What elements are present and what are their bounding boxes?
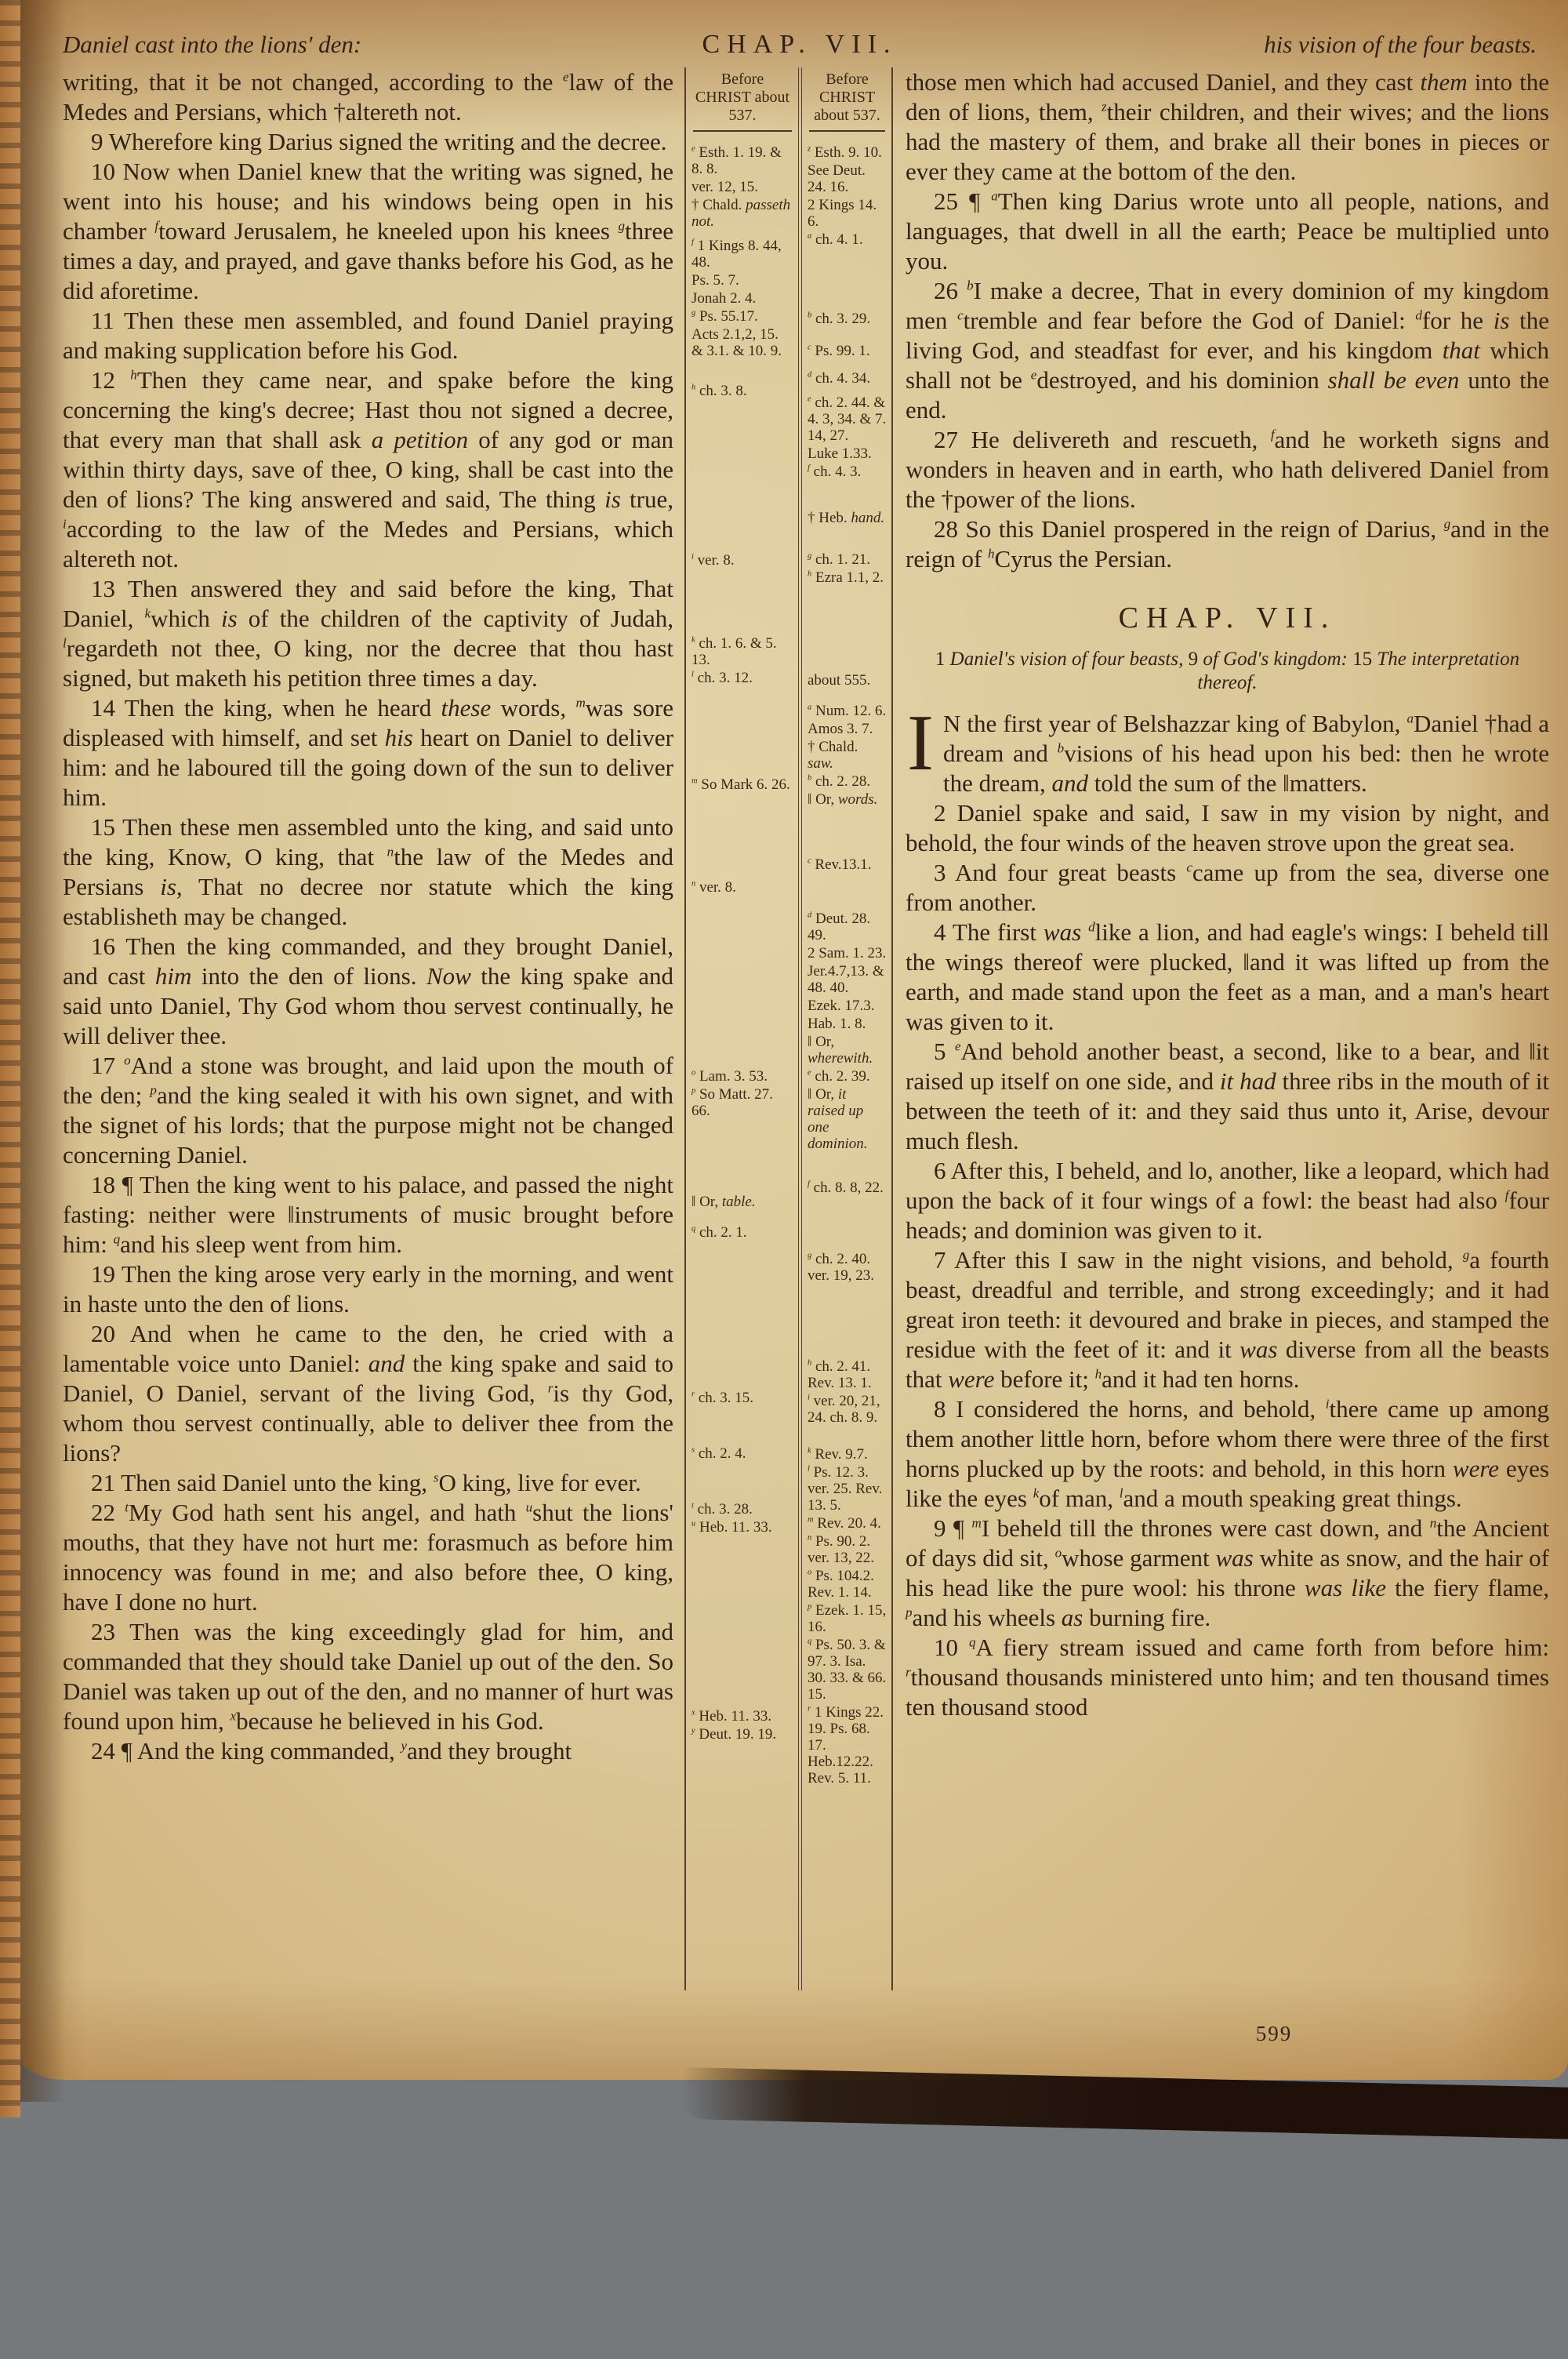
note-letter: m: [972, 1516, 982, 1531]
margin-reference: t ch. 3. 28.: [691, 1501, 793, 1518]
note-letter: e: [1031, 368, 1037, 383]
verse: 24 ¶ And the king commanded, yand they b…: [63, 1736, 673, 1766]
verse: 10 qA fiery stream issued and came forth…: [906, 1633, 1549, 1722]
note-letter: g: [691, 309, 695, 318]
margin-reference: h ch. 2. 41. Rev. 13. 1.: [808, 1358, 887, 1391]
note-letter: r: [691, 1390, 695, 1399]
note-letter: q: [808, 1637, 811, 1646]
margin-reference: Ps. 5. 7.: [691, 272, 793, 289]
margin-reference: ‖ Or, table.: [691, 1194, 793, 1210]
text-grid: writing, that it be not changed, accordi…: [63, 67, 1557, 1990]
verse: 5 eAnd behold another beast, a second, l…: [906, 1037, 1549, 1156]
note-letter: m: [575, 696, 585, 711]
margin-reference: r 1 Kings 22. 19. Ps. 68. 17. Heb.12.22.…: [808, 1704, 887, 1787]
verse: 11 Then these men assembled, and found D…: [63, 306, 673, 365]
note-letter: b: [808, 311, 811, 320]
note-letter: g: [808, 552, 811, 561]
left-text-column: writing, that it be not changed, accordi…: [63, 67, 684, 1990]
margin-reference: y Deut. 19. 19.: [691, 1726, 793, 1743]
note-letter: l: [808, 1465, 810, 1474]
verse: 14 Then the king, when he heard these wo…: [63, 693, 673, 812]
supplied-word: them: [1420, 68, 1467, 96]
supplied-word: his: [385, 724, 413, 751]
verse: 18 ¶ Then the king went to his palace, a…: [63, 1170, 673, 1259]
margin-reference: l ch. 3. 12.: [691, 670, 793, 686]
margin-reference: h Ezra 1.1, 2.: [808, 569, 887, 586]
note-letter: d: [808, 911, 811, 920]
supplied-word: is: [604, 485, 621, 513]
margin-reference: q Ps. 50. 3. & 97. 3. Isa. 30. 33. & 66.…: [808, 1637, 887, 1703]
note-letter: k: [691, 636, 695, 645]
margin-references-right: Before CHRIST about 537. z Esth. 9. 10.S…: [801, 67, 893, 1990]
note-letter: p: [906, 1605, 913, 1620]
margin-reference: q ch. 2. 1.: [691, 1224, 793, 1241]
margin-reference: s ch. 2. 4.: [691, 1445, 793, 1462]
margin-reference: Ezek. 17.3.: [808, 998, 887, 1014]
note-letter: r: [808, 1705, 811, 1714]
note-letter: f: [1505, 1188, 1509, 1203]
drop-cap: I: [906, 709, 943, 775]
note-letter: a: [1406, 711, 1414, 726]
note-letter: o: [1055, 1546, 1062, 1561]
note-letter: u: [526, 1500, 533, 1515]
gutter-shadow: [20, 0, 66, 2102]
note-letter: q: [114, 1232, 121, 1247]
supplied-word: it raised up one dominion.: [808, 1086, 868, 1152]
verse: 20 And when he came to the den, he cried…: [63, 1319, 673, 1468]
supplied-word: is: [1494, 307, 1510, 334]
verse: 17 oAnd a stone was brought, and laid up…: [63, 1051, 673, 1170]
supplied-word: were: [948, 1365, 994, 1393]
note-letter: p: [150, 1083, 157, 1098]
margin-reference: i ver. 20, 21, 24. ch. 8. 9.: [808, 1393, 887, 1426]
margin-reference: n Ps. 90. 2. ver. 13, 22.: [808, 1533, 887, 1566]
note-letter: l: [1120, 1486, 1123, 1501]
margin-reference: r ch. 3. 15.: [691, 1390, 793, 1406]
margin-reference: l Ps. 12. 3. ver. 25. Rev. 13. 5.: [808, 1464, 887, 1514]
verse: 25 ¶ aThen king Darius wrote unto all pe…: [906, 187, 1549, 276]
note-letter: o: [808, 1568, 811, 1577]
supplied-word: shall be even: [1328, 366, 1460, 394]
verse: 9 ¶ mI beheld till the thrones were cast…: [906, 1514, 1549, 1633]
before-christ-heading-left: Before CHRIST about 537.: [693, 69, 792, 132]
verse: 7 After this I saw in the night visions,…: [906, 1245, 1549, 1394]
verse: 21 Then said Daniel unto the king, sO ki…: [63, 1468, 673, 1498]
supplied-word: was like: [1305, 1574, 1386, 1601]
supplied-word: is: [221, 605, 238, 632]
note-letter: d: [808, 371, 811, 380]
photo-background: Daniel cast into the lions' den: CHAP. V…: [0, 0, 1568, 2359]
margin-reference: Hab. 1. 8.: [808, 1016, 887, 1032]
note-letter: e: [808, 1069, 811, 1078]
margin-reference: x Heb. 11. 33.: [691, 1708, 793, 1725]
margin-reference: m Rev. 20. 4.: [808, 1515, 887, 1532]
note-letter: e: [691, 145, 695, 154]
margin-reference: Jer.4.7,13. & 48. 40.: [808, 963, 887, 996]
supplied-word: a petition: [372, 426, 468, 453]
margin-reference: ‖ Or, words.: [808, 791, 887, 808]
note-letter: b: [1058, 741, 1065, 756]
note-letter: a: [808, 703, 811, 712]
note-letter: h: [691, 383, 695, 392]
note-letter: b: [967, 278, 974, 293]
margin-reference: h ch. 3. 8.: [691, 383, 793, 399]
note-letter: c: [808, 343, 811, 352]
note-letter: s: [434, 1470, 439, 1485]
margin-reference: † Chald. saw.: [808, 739, 887, 772]
right-text-column: those men which had accused Daniel, and …: [893, 67, 1557, 1990]
margin-reference: b ch. 3. 29.: [808, 311, 887, 327]
margin-reference: c Ps. 99. 1.: [808, 343, 887, 359]
running-head-left: Daniel cast into the lions' den:: [63, 31, 702, 59]
supplied-word: it had: [1220, 1067, 1276, 1095]
verse: writing, that it be not changed, accordi…: [63, 67, 673, 127]
margin-reference: g Ps. 55.17.: [691, 308, 793, 325]
margin-reference: 2 Kings 14. 6.: [808, 197, 887, 230]
margin-reference: i ver. 8.: [691, 552, 793, 569]
note-letter: d: [1415, 308, 1422, 323]
bible-page: Daniel cast into the lions' den: CHAP. V…: [0, 0, 1568, 2080]
note-letter: n: [387, 845, 394, 860]
verse: 2 Daniel spake and said, I saw in my vis…: [906, 798, 1549, 858]
note-letter: d: [1088, 920, 1095, 935]
book-pages-edge: [682, 2067, 1568, 2139]
note-letter: g: [1444, 517, 1451, 532]
supplied-word: of God's kingdom:: [1203, 649, 1348, 670]
note-letter: c: [808, 857, 811, 866]
supplied-word: was: [1044, 918, 1081, 946]
running-head-center: CHAP. VII.: [702, 30, 898, 60]
margin-reference: f ch. 8. 8, 22.: [808, 1179, 887, 1196]
margin-reference: d Deut. 28. 49.: [808, 911, 887, 943]
note-letter: y: [401, 1739, 407, 1754]
margin-reference: † Chald. passeth not.: [691, 197, 793, 230]
margin-reference: k ch. 1. 6. & 5. 13.: [691, 635, 793, 668]
note-letter: x: [691, 1709, 695, 1717]
supplied-word: passeth not.: [691, 197, 790, 230]
verse: 6 After this, I beheld, and lo, another,…: [906, 1156, 1549, 1245]
chapter-heading: CHAP. VII.: [906, 601, 1549, 635]
note-letter: h: [130, 368, 137, 383]
verse: 15 Then these men assembled unto the kin…: [63, 812, 673, 932]
margin-reference-list-left: e Esth. 1. 19. & 8. 8.ver. 12, 15.† Chal…: [691, 144, 793, 1743]
note-letter: q: [969, 1635, 976, 1650]
note-letter: i: [1326, 1397, 1330, 1412]
margin-reference: z Esth. 9. 10.: [808, 144, 887, 161]
verse: 9 Wherefore king Darius signed the writi…: [63, 127, 673, 157]
note-letter: l: [691, 671, 694, 679]
supplied-word: saw.: [808, 755, 833, 772]
margin-reference: e ch. 2. 44. & 4. 3, 34. & 7. 14, 27.: [808, 394, 887, 444]
margin-references-left: Before CHRIST about 537. e Esth. 1. 19. …: [684, 67, 799, 1990]
margin-reference: o Lam. 3. 53.: [691, 1068, 793, 1085]
note-letter: r: [548, 1381, 554, 1396]
note-letter: i: [63, 517, 67, 532]
note-letter: k: [808, 1447, 811, 1456]
margin-reference: o Ps. 104.2. Rev. 1. 14.: [808, 1568, 887, 1601]
note-letter: n: [691, 880, 695, 889]
verse: 28 So this Daniel prospered in the reign…: [906, 514, 1549, 574]
note-letter: n: [808, 1534, 811, 1543]
supplied-word: and: [1052, 769, 1089, 797]
verse: 16 Then the king commanded, and they bro…: [63, 932, 673, 1051]
note-letter: h: [808, 570, 811, 579]
margin-reference: a Num. 12. 6.: [808, 703, 887, 719]
note-letter: t: [125, 1500, 129, 1515]
margin-reference: u Heb. 11. 33.: [691, 1519, 793, 1536]
margin-reference: p So Matt. 27. 66.: [691, 1086, 793, 1119]
margin-reference: f 1 Kings 8. 44, 48.: [691, 238, 793, 271]
verse: 12 hThen they came near, and spake befor…: [63, 365, 673, 574]
verse: 22 tMy God hath sent his angel, and hath…: [63, 1498, 673, 1617]
note-letter: i: [691, 553, 694, 562]
margin-reference: b ch. 2. 28.: [808, 773, 887, 790]
page-content: Daniel cast into the lions' den: CHAP. V…: [63, 20, 1557, 1990]
verse: 27 He delivereth and rescueth, fand he w…: [906, 425, 1549, 514]
note-letter: m: [808, 1516, 814, 1525]
note-letter: o: [124, 1053, 131, 1068]
supplied-word: was: [1216, 1544, 1254, 1572]
margin-reference: c Rev.13.1.: [808, 856, 887, 873]
note-letter: f: [154, 219, 158, 234]
verse: 26 bI make a decree, That in every domin…: [906, 276, 1549, 425]
note-letter: b: [808, 774, 811, 783]
note-letter: z: [808, 145, 811, 154]
margin-reference: g ch. 1. 21.: [808, 551, 887, 568]
verse: 13 Then answered they and said before th…: [63, 574, 673, 693]
note-letter: h: [1095, 1367, 1102, 1382]
note-letter: f: [808, 1180, 810, 1189]
margin-reference: d ch. 4. 34.: [808, 370, 887, 387]
margin-reference: ‖ Or, wherewith.: [808, 1034, 887, 1067]
note-letter: e: [808, 395, 811, 404]
note-letter: g: [619, 219, 626, 234]
margin-reference: m So Mark 6. 26.: [691, 776, 793, 793]
supplied-word: were: [1453, 1455, 1499, 1482]
supplied-word: and: [368, 1350, 405, 1377]
page-number: 599: [1156, 2022, 1392, 2046]
note-letter: h: [988, 547, 995, 562]
running-head-right: his vision of the four beasts.: [898, 31, 1558, 59]
supplied-word: him: [155, 962, 192, 990]
note-letter: g: [1463, 1248, 1470, 1263]
margin-reference: g ch. 2. 40. ver. 19, 23.: [808, 1251, 887, 1284]
margin-reference: Jonah 2. 4.: [691, 290, 793, 307]
note-letter: s: [691, 1446, 695, 1455]
verse: 3 And four great beasts ccame up from th…: [906, 858, 1549, 918]
note-letter: f: [808, 464, 810, 473]
margin-reference: Luke 1.33.: [808, 445, 887, 462]
facing-page-edge: [0, 0, 20, 2117]
margin-reference: e ch. 2. 39.: [808, 1068, 887, 1085]
note-letter: c: [1186, 860, 1192, 875]
note-letter: f: [1271, 427, 1275, 442]
note-letter: t: [691, 1502, 694, 1510]
supplied-word: hand.: [851, 510, 884, 526]
margin-reference: about 555.: [808, 672, 887, 689]
verse: 23 Then was the king exceedingly glad fo…: [63, 1617, 673, 1736]
margin-reference: Acts 2.1,2, 15. & 3.1. & 10. 9.: [691, 326, 793, 359]
supplied-word: words.: [838, 791, 878, 808]
note-letter: c: [957, 308, 964, 323]
running-head: Daniel cast into the lions' den: CHAP. V…: [63, 30, 1557, 60]
note-letter: p: [808, 1603, 811, 1612]
note-letter: o: [691, 1069, 695, 1078]
verse: those men which had accused Daniel, and …: [906, 67, 1549, 187]
verse: 10 Now when Daniel knew that the writing…: [63, 157, 673, 306]
margin-reference: † Heb. hand.: [808, 510, 887, 526]
chapter-summary: 1 Daniel's vision of four beasts, 9 of G…: [929, 648, 1526, 695]
note-letter: q: [691, 1225, 695, 1234]
note-letter: a: [991, 189, 998, 204]
note-letter: e: [955, 1039, 961, 1054]
supplied-word: wherewith.: [808, 1050, 873, 1067]
note-letter: l: [63, 636, 67, 651]
verse: IN the first year of Belshazzar king of …: [906, 709, 1549, 798]
supplied-word: was: [1240, 1336, 1277, 1363]
verse: 8 I considered the horns, and behold, it…: [906, 1394, 1549, 1514]
supplied-word: these: [441, 694, 492, 722]
margin-reference: n ver. 8.: [691, 879, 793, 896]
margin-reference: k Rev. 9.7.: [808, 1446, 887, 1463]
note-letter: n: [1430, 1516, 1437, 1531]
note-letter: p: [691, 1087, 695, 1096]
note-letter: z: [1102, 100, 1107, 114]
margin-reference: f ch. 4. 3.: [808, 463, 887, 480]
verse: 4 The first was dlike a lion, and had ea…: [906, 918, 1549, 1037]
margin-reference: a ch. 4. 1.: [808, 231, 887, 248]
note-letter: x: [230, 1709, 237, 1724]
note-letter: u: [691, 1520, 695, 1528]
margin-reference: p Ezek. 1. 15, 16.: [808, 1602, 887, 1635]
margin-reference: Amos 3. 7.: [808, 721, 887, 737]
margin-reference: e Esth. 1. 19. & 8. 8.: [691, 144, 793, 177]
supplied-word: that: [1443, 336, 1480, 364]
note-letter: i: [808, 1394, 810, 1402]
note-letter: m: [691, 777, 698, 786]
verse: 19 Then the king arose very early in the…: [63, 1259, 673, 1319]
supplied-word: as: [1062, 1604, 1083, 1631]
supplied-word: Daniel's vision of four beasts,: [950, 649, 1184, 670]
note-letter: y: [691, 1727, 695, 1736]
supplied-word: is: [160, 873, 176, 900]
margin-reference-list-right: z Esth. 9. 10.See Deut. 24. 16.2 Kings 1…: [808, 144, 887, 1787]
note-letter: h: [808, 1359, 811, 1368]
margin-reference: ‖ Or, it raised up one dominion.: [808, 1086, 887, 1152]
before-christ-heading-right: Before CHRIST about 537.: [809, 69, 885, 132]
margin-reference: 2 Sam. 1. 23.: [808, 945, 887, 961]
note-letter: r: [906, 1665, 911, 1680]
note-letter: e: [563, 70, 569, 85]
supplied-word: table.: [722, 1194, 756, 1210]
note-letter: g: [808, 1252, 811, 1260]
margin-reference: ver. 12, 15.: [691, 179, 793, 195]
note-letter: f: [691, 238, 694, 247]
note-letter: k: [1033, 1486, 1040, 1501]
supplied-word: Now: [426, 962, 471, 990]
note-letter: k: [145, 606, 151, 621]
note-letter: a: [808, 232, 811, 241]
margin-reference: See Deut. 24. 16.: [808, 162, 887, 195]
